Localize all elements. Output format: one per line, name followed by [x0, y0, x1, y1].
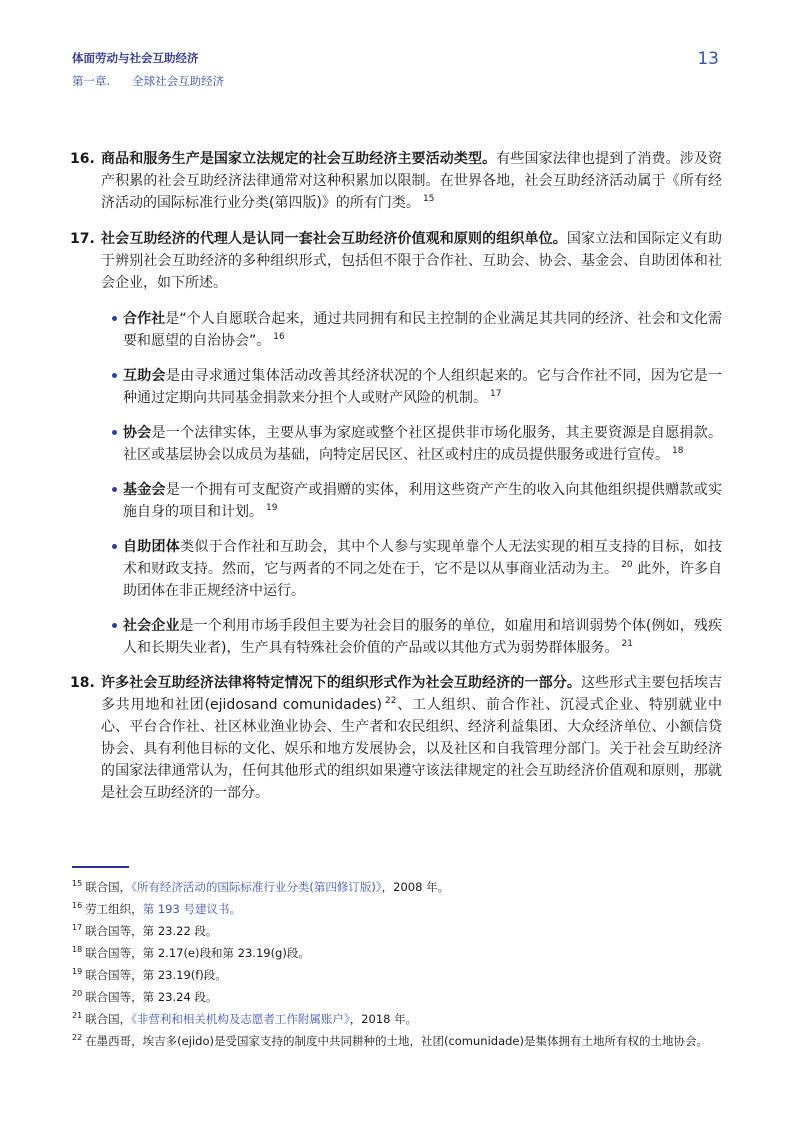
- bullet-icon: [112, 430, 117, 435]
- footnote-marker: 15: [72, 879, 82, 888]
- bullet-item: 社会企业是一个利用市场手段但主要为社会目的服务的单位，如雇用和培训弱势个体(例如…: [112, 615, 722, 659]
- bullet-icon: [112, 623, 117, 628]
- bullet-item: 自助团体类似于合作社和互助会，其中个人参与实现单靠个人无法实现的相互支持的目标，…: [112, 536, 722, 602]
- footnote-marker: 20: [72, 989, 82, 998]
- bullet-text: 互助会是由寻求通过集体活动改善其经济状况的个人组织起来的。它与合作社不同，因为它…: [123, 365, 722, 409]
- footnote-ref: 19: [266, 503, 277, 513]
- text-run: ，2008 年。: [382, 880, 449, 894]
- text-run: 许多社会互助经济法律将特定情况下的组织形式作为社会互助经济的一部分。: [101, 675, 581, 691]
- text-run: 联合国，: [85, 1012, 131, 1026]
- page-number: 13: [697, 49, 719, 69]
- numbered-paragraph: 16.商品和服务生产是国家立法规定的社会互助经济主要活动类型。有些国家法律也提到…: [70, 148, 722, 214]
- footnote-separator: [72, 866, 129, 868]
- text-run: 协会: [123, 425, 152, 441]
- text-run: 联合国等，第 23.24 段。: [85, 990, 217, 1004]
- document-title: 体面劳动与社会互助经济: [72, 51, 653, 65]
- bullet-icon: [112, 544, 117, 549]
- text-run: 是由寻求通过集体活动改善其经济状况的个人组织起来的。它与合作社不同，因为它是一种…: [123, 368, 722, 406]
- text-run: 劳工组织，: [85, 902, 143, 916]
- footnote: 18联合国等，第 2.17(e)段和第 23.19(g)段。: [72, 946, 722, 961]
- paragraph-text: 商品和服务生产是国家立法规定的社会互助经济主要活动类型。有些国家法律也提到了消费…: [101, 148, 722, 214]
- footnote-ref: 16: [273, 332, 284, 342]
- bullet-text: 合作社是“个人自愿联合起来，通过共同拥有和民主控制的企业满足其共同的经济、社会和…: [123, 308, 722, 352]
- bullet-icon: [112, 487, 117, 492]
- text-run: 互助会: [123, 368, 166, 384]
- bullet-text: 社会企业是一个利用市场手段但主要为社会目的服务的单位，如雇用和培训弱势个体(例如…: [123, 615, 722, 659]
- text-run: 社会企业: [123, 618, 180, 634]
- text-run: 联合国等，第 2.17(e)段和第 23.19(g)段。: [85, 946, 310, 960]
- footnotes-section: 15联合国，《所有经济活动的国际标准行业分类(第四修订版)》，2008 年。16…: [72, 866, 722, 1056]
- footnote-ref: 17: [490, 389, 501, 399]
- footnote-ref: 18: [672, 446, 683, 456]
- bullet-icon: [112, 373, 117, 378]
- bullet-item: 协会是一个法律实体，主要从事为家庭或整个社区提供非市场化服务，其主要资源是自愿捐…: [112, 422, 722, 466]
- text-run: 在墨西哥，埃吉多(ejido)是受国家支持的制度中共同耕种的土地，社团(comu…: [85, 1034, 708, 1048]
- chapter-title: 全球社会互助经济: [132, 74, 224, 88]
- bullet-icon: [112, 316, 117, 321]
- paragraph-text: 许多社会互助经济法律将特定情况下的组织形式作为社会互助经济的一部分。这些形式主要…: [101, 672, 722, 804]
- text-run: 自助团体: [123, 539, 180, 555]
- footnote-list: 15联合国，《所有经济活动的国际标准行业分类(第四修订版)》，2008 年。16…: [72, 880, 722, 1049]
- footnote-ref: 22: [385, 696, 396, 706]
- document-page: 体面劳动与社会互助经济 第一章.全球社会互助经济 13 16.商品和服务生产是国…: [0, 0, 793, 1122]
- paragraph-number: 17.: [70, 228, 101, 294]
- bullet-text: 自助团体类似于合作社和互助会，其中个人参与实现单靠个人无法实现的相互支持的目标，…: [123, 536, 722, 602]
- footnote-ref: 15: [423, 194, 434, 204]
- footnote-marker: 16: [72, 901, 82, 910]
- footnote: 19联合国等，第 23.19(f)段。: [72, 968, 722, 983]
- bullet-item: 合作社是“个人自愿联合起来，通过共同拥有和民主控制的企业满足其共同的经济、社会和…: [112, 308, 722, 352]
- numbered-paragraph: 18.许多社会互助经济法律将特定情况下的组织形式作为社会互助经济的一部分。这些形…: [70, 672, 722, 804]
- text-run: 合作社: [123, 311, 165, 327]
- text-run: 是一个法律实体，主要从事为家庭或整个社区提供非市场化服务，其主要资源是自愿捐款。…: [123, 425, 722, 463]
- footnote-ref: 21: [621, 639, 632, 649]
- chapter-label: 第一章.: [72, 74, 110, 88]
- paragraph-number: 18.: [70, 672, 101, 804]
- bullet-item: 互助会是由寻求通过集体活动改善其经济状况的个人组织起来的。它与合作社不同，因为它…: [112, 365, 722, 409]
- text-run: 是“个人自愿联合起来，通过共同拥有和民主控制的企业满足其共同的经济、社会和文化需…: [123, 311, 722, 349]
- text-run: 联合国等，第 23.22 段。: [85, 924, 217, 938]
- paragraph-text: 社会互助经济的代理人是认同一套社会互助经济价值观和原则的组织单位。国家立法和国际…: [101, 228, 722, 294]
- text-run: 商品和服务生产是国家立法规定的社会互助经济主要活动类型。: [101, 151, 496, 167]
- page-header: 体面劳动与社会互助经济 第一章.全球社会互助经济: [72, 51, 653, 88]
- bullet-item: 基金会是一个拥有可支配资产或捐赠的实体，利用这些资产产生的收入向其他组织提供赠款…: [112, 479, 722, 523]
- footnote: 17联合国等，第 23.22 段。: [72, 924, 722, 939]
- numbered-paragraph: 17.社会互助经济的代理人是认同一套社会互助经济价值观和原则的组织单位。国家立法…: [70, 228, 722, 294]
- paragraph-number: 16.: [70, 148, 101, 214]
- text-run: 是一个拥有可支配资产或捐赠的实体，利用这些资产产生的收入向其他组织提供赠款或实施…: [123, 482, 722, 520]
- footnote-marker: 17: [72, 923, 82, 932]
- text-run: 基金会: [123, 482, 166, 498]
- text-run: 社会互助经济的代理人是认同一套社会互助经济价值观和原则的组织单位。: [101, 231, 567, 247]
- inline-link[interactable]: 《所有经济活动的国际标准行业分类(第四修订版)》: [131, 880, 381, 894]
- body-content: 16.商品和服务生产是国家立法规定的社会互助经济主要活动类型。有些国家法律也提到…: [70, 148, 722, 818]
- footnote-marker: 21: [72, 1011, 82, 1020]
- inline-link[interactable]: 第 193 号建议书。: [143, 902, 241, 916]
- footnote-ref: 20: [621, 560, 632, 570]
- footnote-marker: 18: [72, 945, 82, 954]
- text-run: 联合国，: [85, 880, 131, 894]
- footnote: 16劳工组织，第 193 号建议书。: [72, 902, 722, 917]
- footnote: 15联合国，《所有经济活动的国际标准行业分类(第四修订版)》，2008 年。: [72, 880, 722, 895]
- text-run: 联合国等，第 23.19(f)段。: [85, 968, 227, 982]
- text-run: 是一个利用市场手段但主要为社会目的服务的单位，如雇用和培训弱势个体(例如，残疾人…: [123, 618, 722, 656]
- footnote-marker: 19: [72, 967, 82, 976]
- bullet-text: 协会是一个法律实体，主要从事为家庭或整个社区提供非市场化服务，其主要资源是自愿捐…: [123, 422, 722, 466]
- footnote: 22在墨西哥，埃吉多(ejido)是受国家支持的制度中共同耕种的土地，社团(co…: [72, 1034, 722, 1049]
- chapter-heading: 第一章.全球社会互助经济: [72, 74, 653, 88]
- footnote: 21联合国，《非营利和相关机构及志愿者工作附属账户》，2018 年。: [72, 1012, 722, 1027]
- footnote-marker: 22: [72, 1033, 82, 1042]
- inline-link[interactable]: 《非营利和相关机构及志愿者工作附属账户》: [131, 1012, 350, 1026]
- bullet-text: 基金会是一个拥有可支配资产或捐赠的实体，利用这些资产产生的收入向其他组织提供赠款…: [123, 479, 722, 523]
- footnote: 20联合国等，第 23.24 段。: [72, 990, 722, 1005]
- text-run: ，2018 年。: [350, 1012, 417, 1026]
